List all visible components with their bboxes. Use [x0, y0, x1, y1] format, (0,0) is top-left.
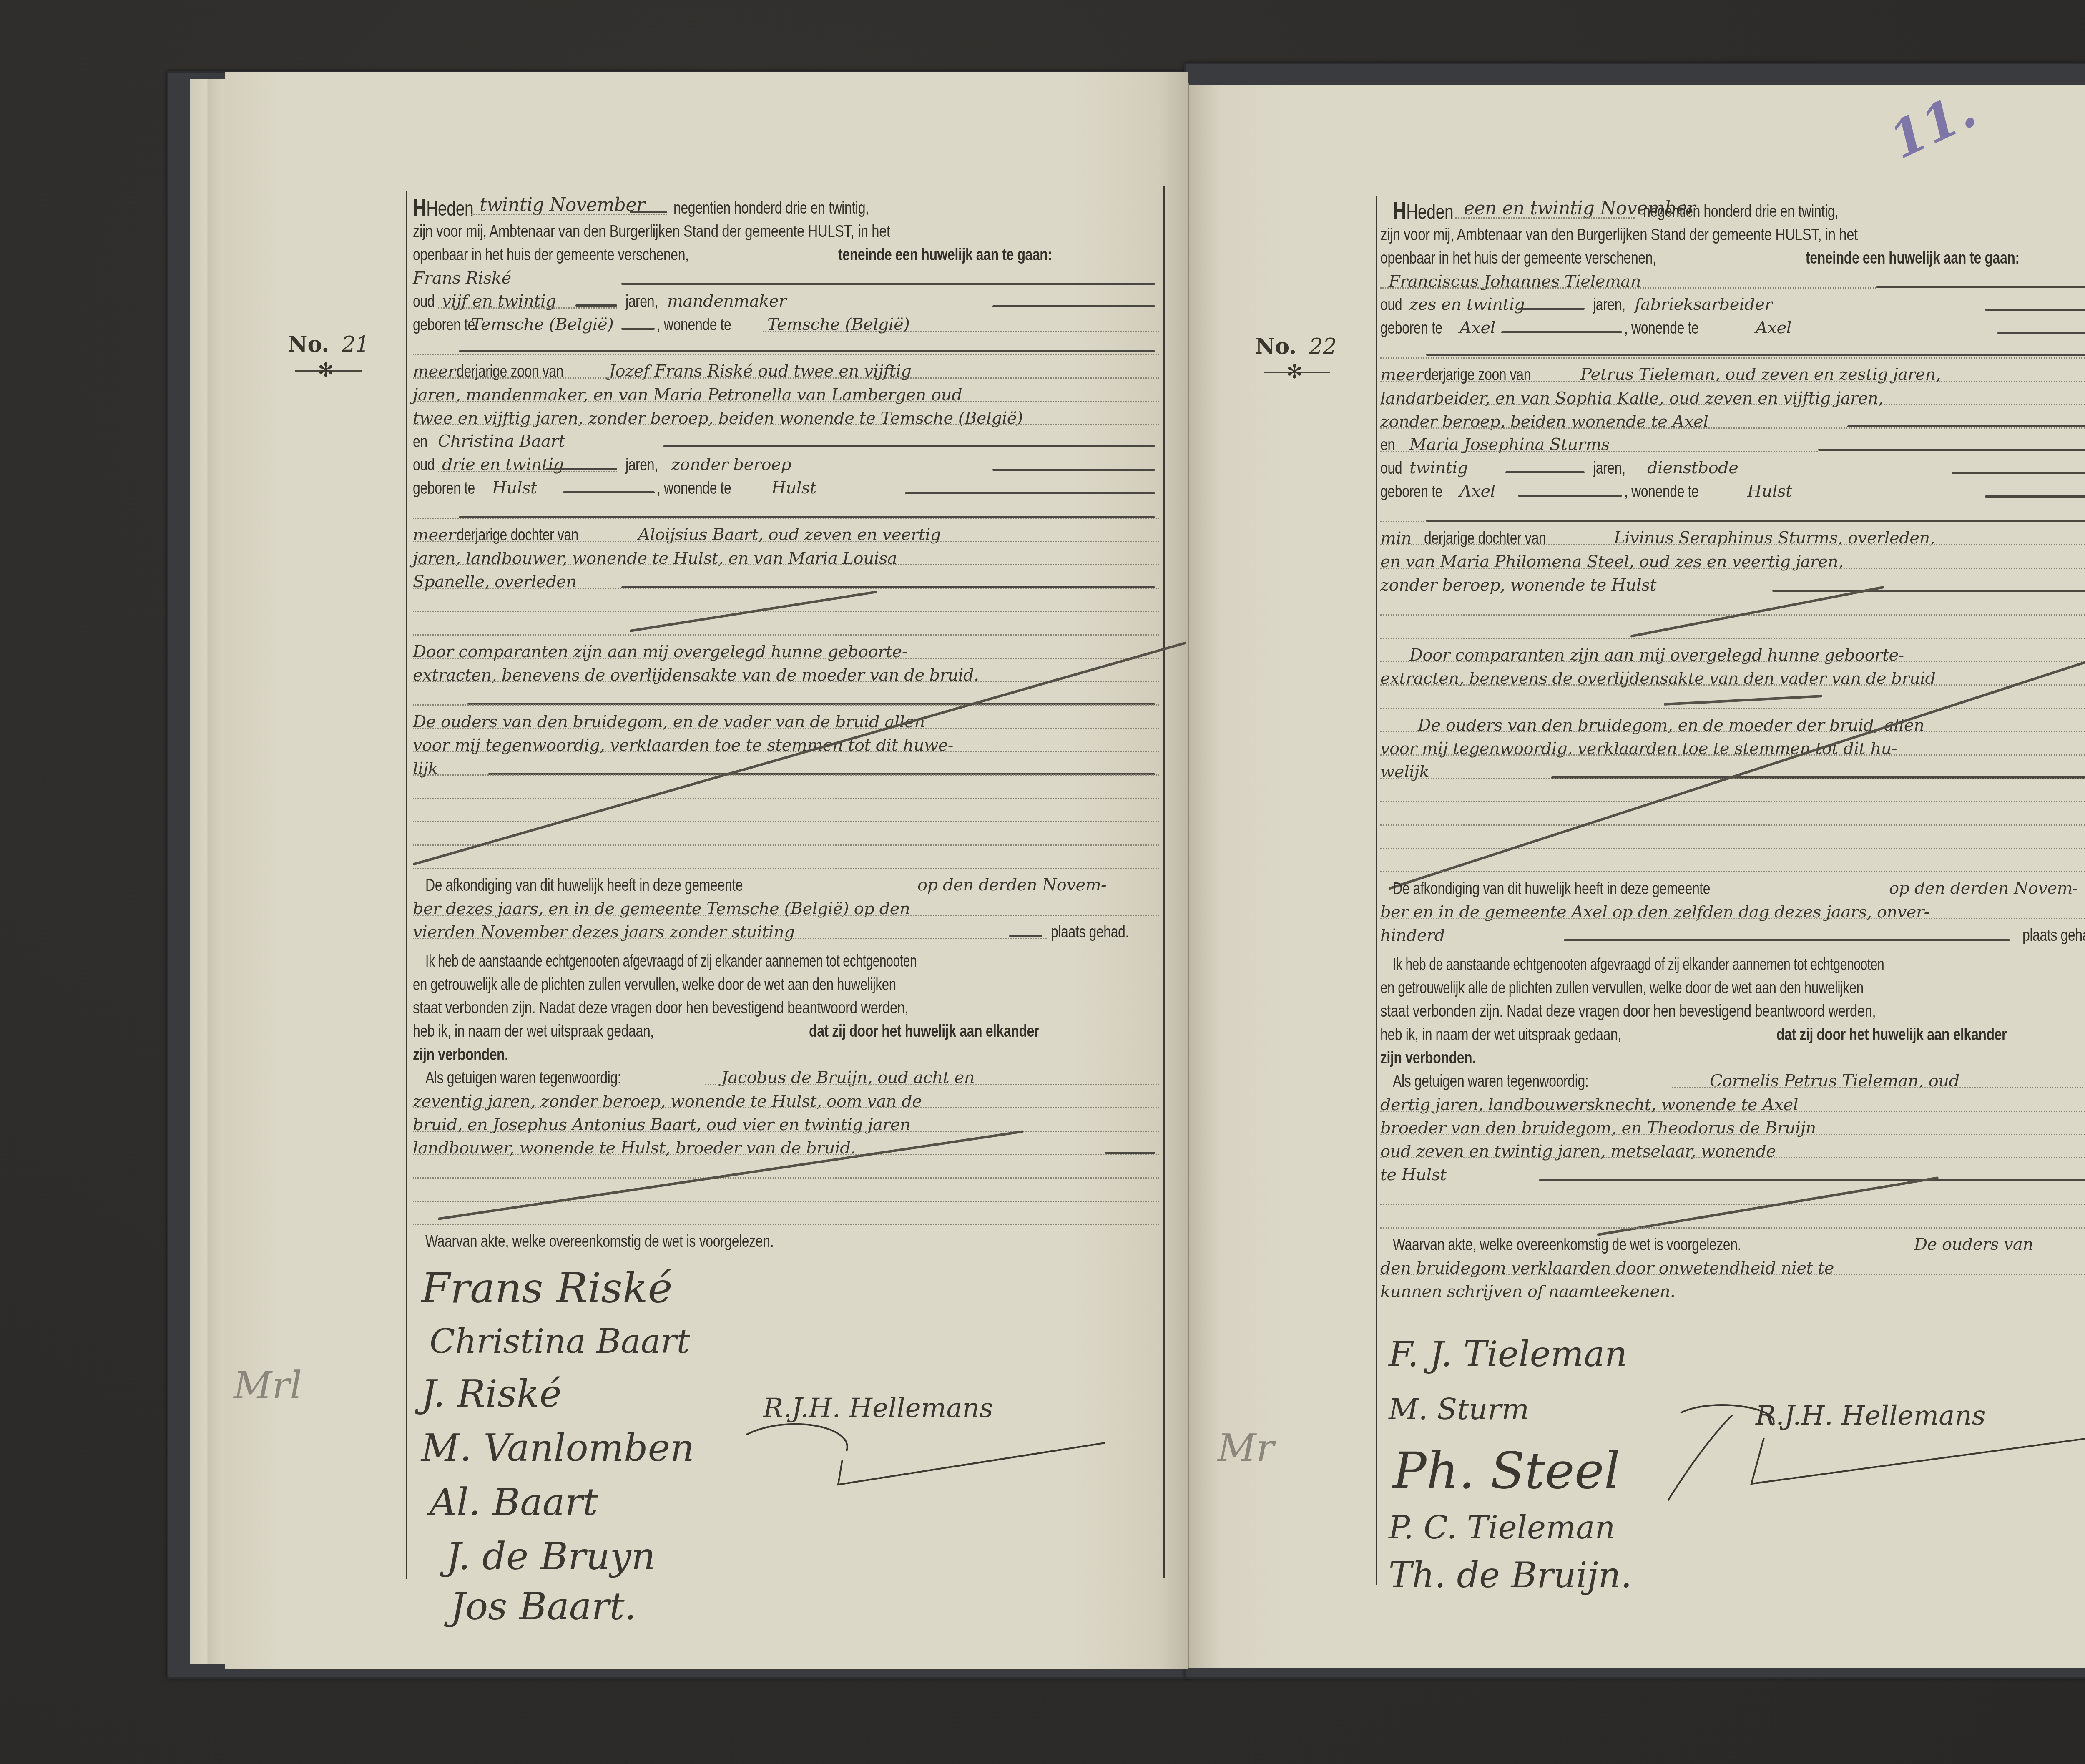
groom-occupation: fabrieksarbeider	[1635, 293, 1772, 316]
groom-father: Jozef Frans Riské oud twee en vijftig	[609, 359, 911, 383]
waarvan-text: Waarvan akte, welke overeenkomstig de we…	[1393, 1233, 1741, 1256]
left-marriage-record: HHeden twintig November negentien honder…	[413, 196, 1159, 1551]
printed-year-text: negentien honderd drie en twintig,	[673, 196, 869, 219]
bride-birth-line: geboren te Hulst , wonende te Hulst	[413, 476, 1159, 500]
groom-birthplace: Axel	[1459, 316, 1495, 339]
groom-age: zes en twintig	[1409, 293, 1525, 316]
afkondiging-date: op den derden Novem-	[917, 873, 1106, 897]
record-number-22: No.22	[1255, 334, 1337, 359]
groom-residence: Temsche (België)	[767, 313, 909, 336]
printed-line-3a: openbaar in het huis der gemeente versch…	[413, 243, 689, 266]
bride-birth-line: geboren te Axel , wonende te Hulst	[1380, 480, 2085, 503]
signature-bride: M. Sturm	[1389, 1392, 1529, 1426]
bride-age-line: oud drie en twintig jaren, zonder beroep	[413, 453, 1159, 476]
signature-witness-2: Jos Baart.	[450, 1585, 636, 1628]
record-number-label: No.	[288, 332, 329, 357]
right-page-margin-rule	[1376, 196, 1377, 1585]
printed-line-2: zijn voor mij, Ambtenaar van den Burgerl…	[413, 219, 890, 243]
bride-father: Aloijsius Baart, oud zeven en veertig	[638, 523, 941, 546]
bride-age: twintig	[1409, 456, 1468, 480]
bride-occupation: zonder beroep	[671, 453, 791, 476]
bride-father: Livinus Seraphinus Sturms, overleden,	[1614, 526, 1935, 550]
ornament-star-icon: ✻	[1286, 362, 1303, 382]
record-number-label: No.	[1255, 334, 1296, 359]
signature-groom-father: J. Riské	[421, 1372, 562, 1416]
pencil-margin-mark: Mrl	[234, 1364, 302, 1407]
waarvan-text: Waarvan akte, welke overeenkomstig de we…	[425, 1229, 774, 1253]
groom-birthplace: Temsche (België)	[471, 313, 613, 336]
groom-age: vijf en twintig	[442, 289, 556, 313]
groom-name: Frans Riské	[413, 269, 511, 288]
groom-birth-line: geboren te Temsche (België) , wonende te…	[413, 313, 1159, 336]
heden-label: Heden	[1406, 200, 1453, 224]
official-signature-flourish	[738, 1418, 1113, 1501]
heden-line: HHeden twintig November negentien honder…	[413, 196, 1159, 219]
official-signature-flourish	[1647, 1400, 2085, 1505]
bride-name-line: en Christina Baart	[413, 430, 1159, 453]
afkondiging-date: op den derden Novem-	[1889, 877, 2078, 900]
groom-age-line: oud zes en twintig jaren, fabrieksarbeid…	[1380, 293, 2085, 316]
ornament-star-icon: ✻	[318, 361, 334, 380]
groom-father: Petrus Tieleman, oud zeven en zestig jar…	[1580, 363, 1941, 386]
left-page-right-rule	[1163, 186, 1165, 1578]
witness-1: Jacobus de Bruijn, oud acht en	[721, 1066, 975, 1089]
heden-label: Heden	[426, 197, 473, 220]
signature-witness-2: Th. de Bruijn.	[1389, 1555, 1632, 1596]
printed-year-text: negentien honderd drie en twintig,	[1643, 199, 1839, 223]
bride-occupation: dienstbode	[1647, 456, 1738, 480]
bride-parents-line: min derjarige dochter van Livinus Seraph…	[1380, 526, 2085, 550]
signature-bride: Christina Baart	[430, 1322, 690, 1361]
record-number-value: 22	[1309, 334, 1336, 359]
bride-residence: Hulst	[771, 476, 816, 500]
afkondiging-line: De afkondiging van dit huwelijk heeft in…	[413, 873, 1159, 897]
groom-age-line: oud vijf en twintig jaren, mandenmaker	[413, 289, 1159, 313]
groom-name-line: Franciscus Johannes Tieleman	[1380, 269, 2085, 293]
witness-1: Cornelis Petrus Tieleman, oud	[1710, 1069, 1959, 1093]
book-spine	[1188, 83, 1189, 1668]
pencil-margin-mark: Mr	[1218, 1426, 1274, 1470]
bride-residence: Hulst	[1747, 480, 1792, 503]
bride-age: drie en twintig	[442, 453, 564, 476]
getuigen-line: Als getuigen waren tegenwoordig: Jacobus…	[413, 1066, 1159, 1089]
signature-groom: Frans Riské	[421, 1264, 673, 1312]
record-number-value: 21	[342, 332, 369, 357]
signature-witness-1: P. C. Tieleman	[1389, 1509, 1615, 1546]
left-page-margin-rule	[406, 191, 407, 1579]
groom-parents-line: meer derjarige zoon van Petrus Tieleman,…	[1380, 363, 2085, 386]
record-number-21: No.21	[288, 332, 369, 357]
date-handwritten: twintig November	[480, 193, 645, 217]
signature-witness-1: J. de Bruyn	[446, 1535, 656, 1578]
getuigen-line: Als getuigen waren tegenwoordig: Corneli…	[1380, 1069, 2085, 1093]
afkondiging-line: De afkondiging van dit huwelijk heeft in…	[1380, 877, 2085, 900]
signature-groom: F. J. Tieleman	[1389, 1334, 1627, 1375]
bride-name: Christina Baart	[438, 430, 565, 453]
groom-name-line: Frans Riské	[413, 266, 1159, 289]
groom-birth-line: geboren te Axel , wonende te Axel	[1380, 316, 2085, 339]
groom-occupation: mandenmaker	[667, 289, 786, 313]
groom-residence: Axel	[1756, 316, 1791, 339]
printed-line-3b: teneinde een huwelijk aan te gaan:	[838, 243, 1052, 266]
bride-age-line: oud twintig jaren, dienstbode	[1380, 456, 2085, 480]
bride-birthplace: Hulst	[492, 476, 537, 500]
groom-parents-line: meer derjarige zoon van Jozef Frans Risk…	[413, 359, 1159, 383]
signature-bride-mother: Ph. Steel	[1393, 1442, 1620, 1500]
heden-line: HHeden een en twintig November negentien…	[1380, 199, 2085, 223]
signature-bride-father: Al. Baart	[430, 1480, 598, 1524]
bride-name-line: en Maria Josephina Sturms	[1380, 433, 2085, 456]
bride-name: Maria Josephina Sturms	[1409, 433, 1610, 456]
signature-groom-mother: M. Vanlomben	[421, 1426, 694, 1470]
right-marriage-record: HHeden een en twintig November negentien…	[1380, 199, 2085, 1555]
bride-parents-line: meer derjarige dochter van Aloijsius Baa…	[413, 523, 1159, 546]
bride-birthplace: Axel	[1459, 480, 1495, 503]
